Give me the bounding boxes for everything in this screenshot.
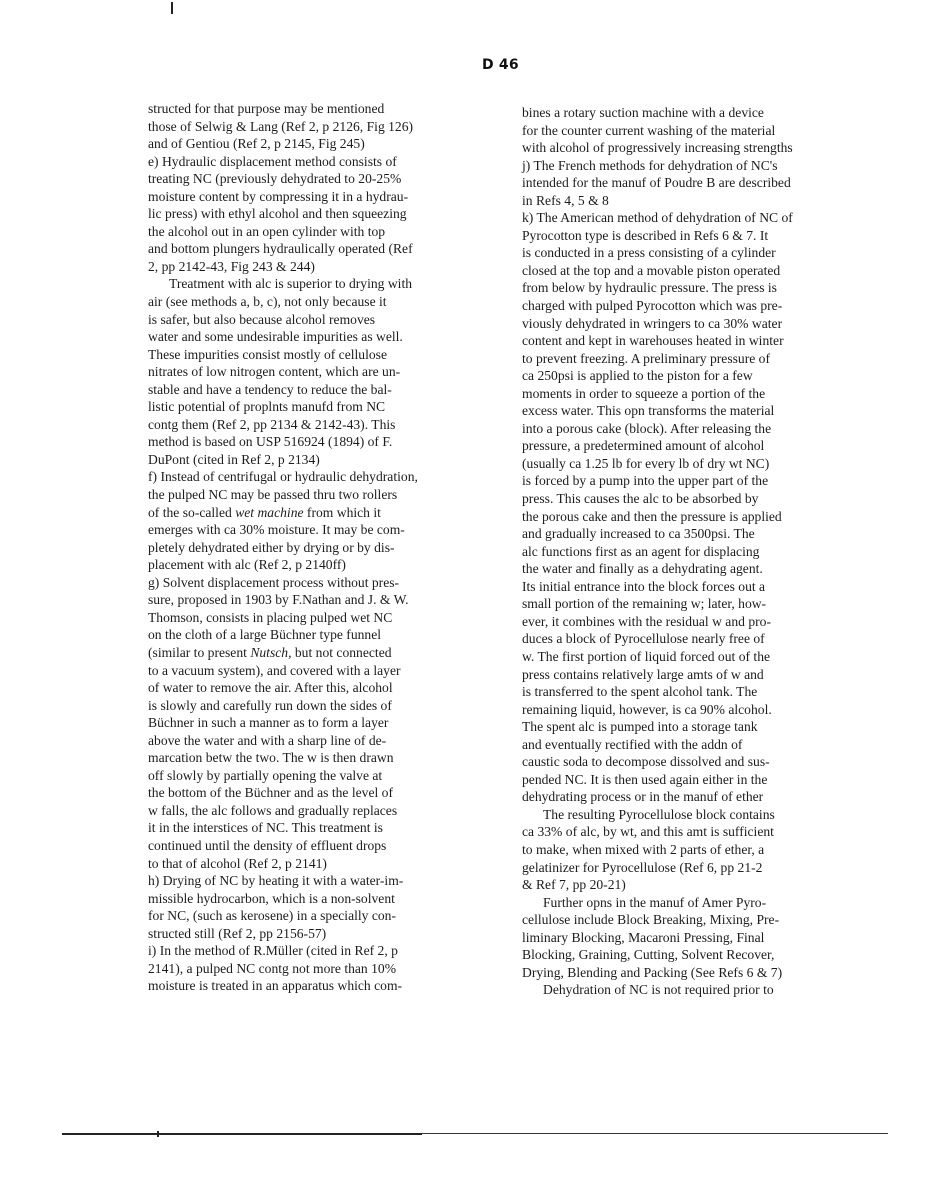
text-line: to that of alcohol (Ref 2, p 2141)	[148, 855, 488, 873]
text-segment: but not connected	[291, 645, 391, 660]
text-line: water and some undesirable impurities as…	[148, 328, 488, 346]
text-line: pletely dehydrated either by drying or b…	[148, 539, 488, 557]
text-segment: (similar to present	[148, 645, 250, 660]
text-line: the water and finally as a dehydrating a…	[522, 560, 867, 578]
text-line: and of Gentiou (Ref 2, p 2145, Fig 245)	[148, 135, 488, 153]
text-line: marcation betw the two. The w is then dr…	[148, 749, 488, 767]
text-line: alc functions first as an agent for disp…	[522, 543, 867, 561]
text-line: w. The first portion of liquid forced ou…	[522, 648, 867, 666]
text-line: g) Solvent displacement process without …	[148, 574, 488, 592]
text-line: dehydrating process or in the manuf of e…	[522, 788, 867, 806]
text-line: nitrates of low nitrogen content, which …	[148, 363, 488, 381]
text-line: ca 33% of alc, by wt, and this amt is su…	[522, 823, 867, 841]
text-line: Büchner in such a manner as to form a la…	[148, 714, 488, 732]
text-line: The spent alc is pumped into a storage t…	[522, 718, 867, 736]
text-line: missible hydrocarbon, which is a non-sol…	[148, 890, 488, 908]
text-line: Its initial entrance into the block forc…	[522, 578, 867, 596]
text-line: press. This causes the alc to be absorbe…	[522, 490, 867, 508]
text-line: w falls, the alc follows and gradually r…	[148, 802, 488, 820]
text-line: from below by hydraulic pressure. The pr…	[522, 279, 867, 297]
text-line: and bottom plungers hydraulically operat…	[148, 240, 488, 258]
text-segment: of the so-called	[148, 505, 235, 520]
bottom-rule-heavy	[62, 1133, 422, 1135]
text-line: to make, when mixed with 2 parts of ethe…	[522, 841, 867, 859]
text-line: sure, proposed in 1903 by F.Nathan and J…	[148, 591, 488, 609]
italic-term: Nutsch,	[250, 645, 291, 660]
text-line: h) Drying of NC by heating it with a wat…	[148, 872, 488, 890]
text-line: above the water and with a sharp line of…	[148, 732, 488, 750]
text-line: bines a rotary suction machine with a de…	[522, 104, 867, 122]
text-line: for the counter current washing of the m…	[522, 122, 867, 140]
text-line: liminary Blocking, Macaroni Pressing, Fi…	[522, 929, 867, 947]
text-segment: from which it	[304, 505, 381, 520]
text-line: is transferred to the spent alcohol tank…	[522, 683, 867, 701]
text-line: Pyrocotton type is described in Refs 6 &…	[522, 227, 867, 245]
text-line: Blocking, Graining, Cutting, Solvent Rec…	[522, 946, 867, 964]
text-line: caustic soda to decompose dissolved and …	[522, 753, 867, 771]
text-line: stable and have a tendency to reduce the…	[148, 381, 488, 399]
text-line: (similar to present Nutsch, but not conn…	[148, 644, 488, 662]
text-line: k) The American method of dehydration of…	[522, 209, 867, 227]
right-column: bines a rotary suction machine with a de…	[522, 104, 867, 999]
text-line: the pulped NC may be passed thru two rol…	[148, 486, 488, 504]
left-column: structed for that purpose may be mention…	[148, 100, 488, 995]
text-line: and gradually increased to ca 3500psi. T…	[522, 525, 867, 543]
text-line: in Refs 4, 5 & 8	[522, 192, 867, 210]
text-line: 2141), a pulped NC contg not more than 1…	[148, 960, 488, 978]
text-line: is slowly and carefully run down the sid…	[148, 697, 488, 715]
text-line: is conducted in a press consisting of a …	[522, 244, 867, 262]
text-line: the bottom of the Büchner and as the lev…	[148, 784, 488, 802]
text-line: air (see methods a, b, c), not only beca…	[148, 293, 488, 311]
text-line: Further opns in the manuf of Amer Pyro-	[522, 894, 867, 912]
text-line: 2, pp 2142-43, Fig 243 & 244)	[148, 258, 488, 276]
text-line: pressure, a predetermined amount of alco…	[522, 437, 867, 455]
text-line: those of Selwig & Lang (Ref 2, p 2126, F…	[148, 118, 488, 136]
text-line: for NC, (such as kerosene) in a speciall…	[148, 907, 488, 925]
text-line: Dehydration of NC is not required prior …	[522, 981, 867, 999]
text-line: press contains relatively large amts of …	[522, 666, 867, 684]
text-line: the porous cake and then the pressure is…	[522, 508, 867, 526]
scan-mark	[171, 2, 173, 14]
text-line: it in the interstices of NC. This treatm…	[148, 819, 488, 837]
text-line: f) Instead of centrifugal or hydraulic d…	[148, 468, 488, 486]
text-line: The resulting Pyrocellulose block contai…	[522, 806, 867, 824]
text-line: small portion of the remaining w; later,…	[522, 595, 867, 613]
text-line: to prevent freezing. A preliminary press…	[522, 350, 867, 368]
text-line: of water to remove the air. After this, …	[148, 679, 488, 697]
text-line: & Ref 7, pp 20-21)	[522, 876, 867, 894]
text-line: placement with alc (Ref 2, p 2140ff)	[148, 556, 488, 574]
text-line: closed at the top and a movable piston o…	[522, 262, 867, 280]
text-line: excess water. This opn transforms the ma…	[522, 402, 867, 420]
text-line: into a porous cake (block). After releas…	[522, 420, 867, 438]
text-line: of the so-called wet machine from which …	[148, 504, 488, 522]
text-line: listic potential of proplnts manufd from…	[148, 398, 488, 416]
text-line: off slowly by partially opening the valv…	[148, 767, 488, 785]
text-line: viously dehydrated in wringers to ca 30%…	[522, 315, 867, 333]
text-line: content and kept in warehouses heated in…	[522, 332, 867, 350]
bottom-rule-tick	[157, 1131, 159, 1137]
text-line: gelatinizer for Pyrocellulose (Ref 6, pp…	[522, 859, 867, 877]
text-line: to a vacuum system), and covered with a …	[148, 662, 488, 680]
text-line: is safer, but also because alcohol remov…	[148, 311, 488, 329]
text-line: with alcohol of progressively increasing…	[522, 139, 867, 157]
text-line: Treatment with alc is superior to drying…	[148, 275, 488, 293]
text-line: cellulose include Block Breaking, Mixing…	[522, 911, 867, 929]
text-line: DuPont (cited in Ref 2, p 2134)	[148, 451, 488, 469]
text-line: the alcohol out in an open cylinder with…	[148, 223, 488, 241]
text-line: (usually ca 1.25 lb for every lb of dry …	[522, 455, 867, 473]
text-line: i) In the method of R.Müller (cited in R…	[148, 942, 488, 960]
text-line: intended for the manuf of Poudre B are d…	[522, 174, 867, 192]
text-line: duces a block of Pyrocellulose nearly fr…	[522, 630, 867, 648]
text-line: j) The French methods for dehydration of…	[522, 157, 867, 175]
text-line: and eventually rectified with the addn o…	[522, 736, 867, 754]
text-line: charged with pulped Pyrocotton which was…	[522, 297, 867, 315]
text-line: ca 250psi is applied to the piston for a…	[522, 367, 867, 385]
italic-term: wet machine	[235, 505, 303, 520]
text-line: e) Hydraulic displacement method consist…	[148, 153, 488, 171]
page-number: D 46	[482, 57, 519, 73]
text-line: moisture is treated in an apparatus whic…	[148, 977, 488, 995]
text-line: is forced by a pump into the upper part …	[522, 472, 867, 490]
text-line: method is based on USP 516924 (1894) of …	[148, 433, 488, 451]
text-line: on the cloth of a large Büchner type fun…	[148, 626, 488, 644]
text-line: continued until the density of effluent …	[148, 837, 488, 855]
text-line: lic press) with ethyl alcohol and then s…	[148, 205, 488, 223]
text-line: moments in order to squeeze a portion of…	[522, 385, 867, 403]
text-line: Drying, Blending and Packing (See Refs 6…	[522, 964, 867, 982]
text-line: treating NC (previously dehydrated to 20…	[148, 170, 488, 188]
text-line: Thomson, consists in placing pulped wet …	[148, 609, 488, 627]
text-line: structed for that purpose may be mention…	[148, 100, 488, 118]
text-line: moisture content by compressing it in a …	[148, 188, 488, 206]
text-line: These impurities consist mostly of cellu…	[148, 346, 488, 364]
text-line: remaining liquid, however, is ca 90% alc…	[522, 701, 867, 719]
text-line: contg them (Ref 2, pp 2134 & 2142-43). T…	[148, 416, 488, 434]
text-line: ever, it combines with the residual w an…	[522, 613, 867, 631]
text-line: emerges with ca 30% moisture. It may be …	[148, 521, 488, 539]
text-line: pended NC. It is then used again either …	[522, 771, 867, 789]
text-line: structed still (Ref 2, pp 2156-57)	[148, 925, 488, 943]
